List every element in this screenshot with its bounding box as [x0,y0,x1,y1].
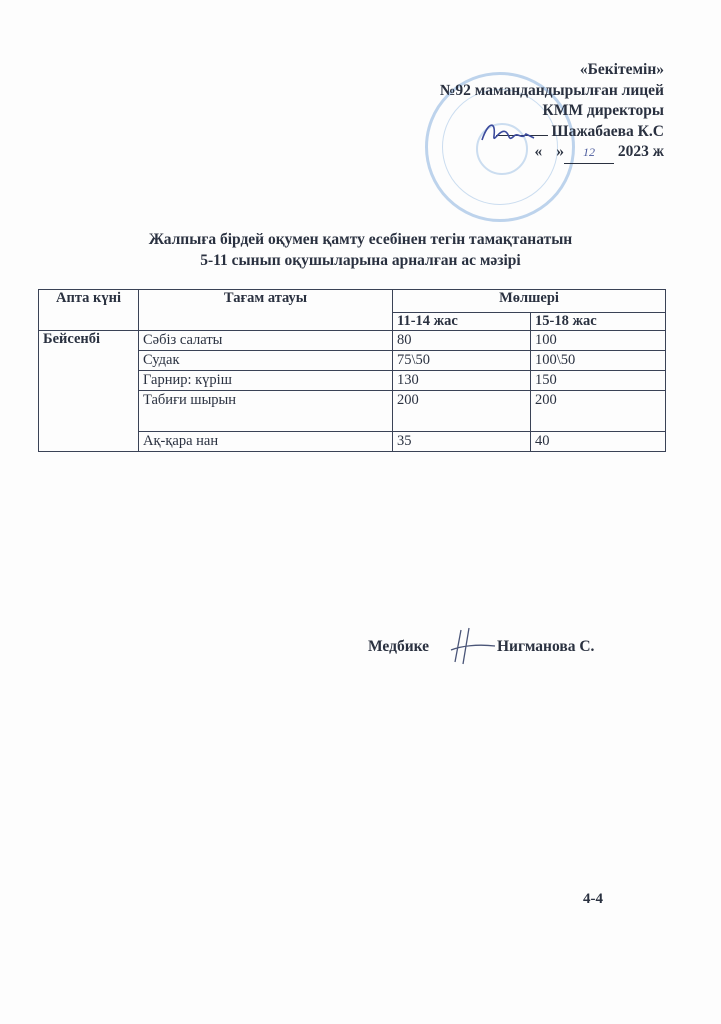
date-month: 12 [564,142,614,164]
date-year: 2023 ж [618,143,664,160]
menu-table: Апта күні Тағам атауы Мөлшері 11-14 жас … [38,289,666,452]
amount-15-18: 150 [531,371,666,391]
page-number: 4-4 [583,891,603,908]
director-signature [478,118,538,148]
approval-school: №92 мамандандырылған лицей [440,81,664,102]
header-amount: Мөлшері [393,290,666,313]
nurse-role: Медбике [368,638,429,656]
amount-11-14: 75\50 [393,351,531,371]
approval-date: «»12 2023 ж [440,142,664,164]
amount-11-14: 130 [393,371,531,391]
header-age-15-18: 15-18 жас [531,313,666,331]
nurse-name: Нигманова С. [497,638,594,656]
amount-15-18: 40 [531,432,666,452]
dish-cell: Гарнир: күріш [139,371,393,391]
title-line-1: Жалпыға бірдей оқумен қамту есебінен тег… [0,229,721,250]
amount-15-18: 100\50 [531,351,666,371]
header-age-11-14: 11-14 жас [393,313,531,331]
amount-11-14: 35 [393,432,531,452]
nurse-signature [447,626,497,666]
title-line-2: 5-11 сынып оқушыларына арналған ас мәзір… [0,250,721,271]
day-cell: Бейсенбі [39,331,139,452]
dish-cell: Сәбіз салаты [139,331,393,351]
director-name: Шажабаева К.С [552,123,664,140]
approval-heading: «Бекітемін» [440,60,664,81]
approval-position: КММ директоры [440,101,664,122]
dish-cell: Ақ-қара нан [139,432,393,452]
approval-block: «Бекітемін» №92 мамандандырылған лицей К… [440,60,664,164]
approval-director-line: Шажабаева К.С [440,122,664,143]
header-day: Апта күні [39,290,139,331]
table-row: Бейсенбі Сәбіз салаты 80 100 [39,331,666,351]
amount-11-14: 200 [393,391,531,432]
document-title: Жалпыға бірдей оқумен қамту есебінен тег… [0,229,721,271]
amount-15-18: 100 [531,331,666,351]
header-dish: Тағам атауы [139,290,393,331]
amount-15-18: 200 [531,391,666,432]
dish-cell: Табиғи шырын [139,391,393,432]
dish-cell: Судак [139,351,393,371]
amount-11-14: 80 [393,331,531,351]
